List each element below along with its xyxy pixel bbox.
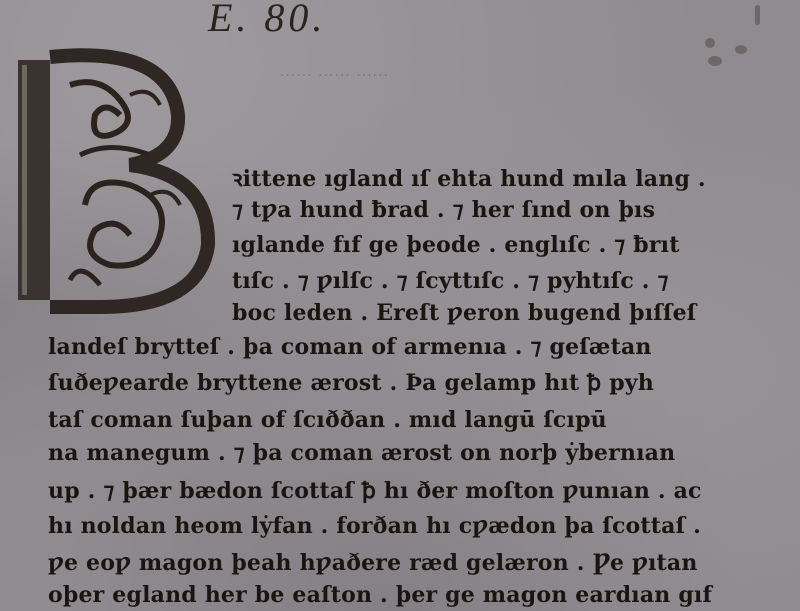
text-line: ꝛittene ıgland ıſ ehta hund mıla lang .: [232, 163, 706, 193]
text-line: ıglande fıf ge þeode . englıſc . ⁊ ƀrıt: [232, 232, 680, 258]
text-line: ſuðeƿearde bryttene ærost . Þa gelamp hı…: [48, 370, 654, 396]
text-line: hı noldan heom lẏfan . forðan hı cƿædon …: [48, 513, 701, 539]
text-line: na manegum . ⁊ þa coman ærost on norþ ẏb…: [48, 440, 675, 466]
text-line: boc leden . Ereſt ƿeron bugend þıſſeſ: [232, 300, 696, 326]
manuscript-text-block: ꝛittene ıgland ıſ ehta hund mıla lang . …: [0, 0, 800, 611]
text-line: ⁊ tƿa hund ƀrad . ⁊ her ſınd on þıs: [232, 197, 655, 223]
text-line: oþer egland her be eaſton . þer ge magon…: [48, 582, 712, 608]
text-line: taſ coman ſuþan of ſcıððan . mıd langū ſ…: [48, 407, 607, 433]
text-line: landeſ brytteſ . þa coman of armenıa . ⁊…: [48, 334, 652, 360]
text-line: ƿe eoƿ magon þeah hƿaðere ræd gelæron . …: [48, 550, 698, 576]
text-line: tıſc . ⁊ ƿılſc . ⁊ ſcyttıſc . ⁊ pyhtıſc …: [232, 268, 669, 294]
text-line: up . ⁊ þær bædon ſcottaſ ꝥ hı ðer moſton…: [48, 478, 702, 504]
